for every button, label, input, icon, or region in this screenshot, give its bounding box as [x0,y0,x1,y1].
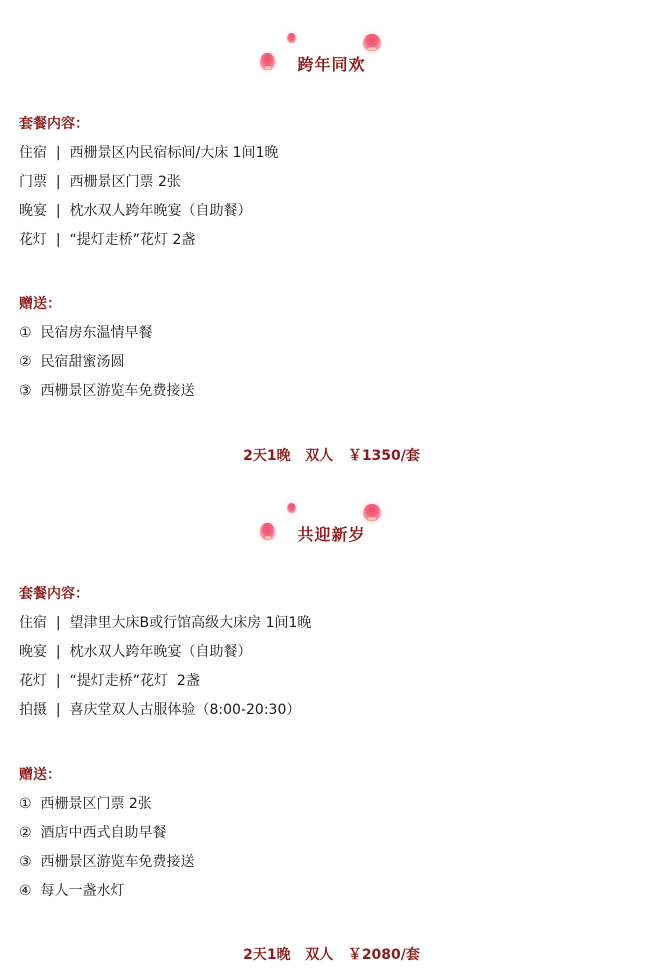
package-2-title-block: 共迎新岁 [0,498,663,558]
gift-item: ③ 西栅景区游览车免费接送 [19,382,194,400]
package-title: 共迎新岁 [0,522,663,545]
sky-lantern-icon [287,503,296,513]
package-1-title-block: 跨年同欢 [0,28,663,88]
gift-item: ① 西栅景区门票 2张 [19,795,152,813]
contents-item: 晚宴 | 枕水双人跨年晚宴（自助餐） [19,643,252,661]
package-title: 跨年同欢 [0,52,663,75]
sky-lantern-icon [363,34,381,51]
contents-item: 住宿 | 望津里大床B或行馆高级大床房 1间1晚 [19,614,311,632]
contents-item: 住宿 | 西栅景区内民宿标间/大床 1间1晚 [19,144,279,162]
package-price: 2天1晚 双人 ￥1350/套 [0,445,663,465]
contents-heading: 套餐内容： [19,583,89,603]
gift-item: ② 民宿甜蜜汤圆 [19,353,124,371]
sky-lantern-icon [287,33,296,43]
sky-lantern-icon [363,504,381,521]
gift-item: ② 酒店中西式自助早餐 [19,824,166,842]
gifts-heading: 赠送： [19,764,61,784]
contents-item: 花灯 | “提灯走桥”花灯 2盏 [19,231,195,249]
contents-item: 晚宴 | 枕水双人跨年晚宴（自助餐） [19,202,252,220]
gift-item: ① 民宿房东温情早餐 [19,324,152,342]
contents-item: 拍摄 | 喜庆堂双人古服体验（8:00-20:30） [19,701,300,719]
contents-item: 门票 | 西栅景区门票 2张 [19,173,181,191]
gift-item: ④ 每人一盏水灯 [19,882,124,900]
gifts-heading: 赠送： [19,293,61,313]
contents-item: 花灯 | “提灯走桥”花灯 2盏 [19,672,200,690]
gift-item: ③ 西栅景区游览车免费接送 [19,853,194,871]
package-price: 2天1晚 双人 ￥2080/套 [0,944,663,964]
contents-heading: 套餐内容： [19,113,89,133]
